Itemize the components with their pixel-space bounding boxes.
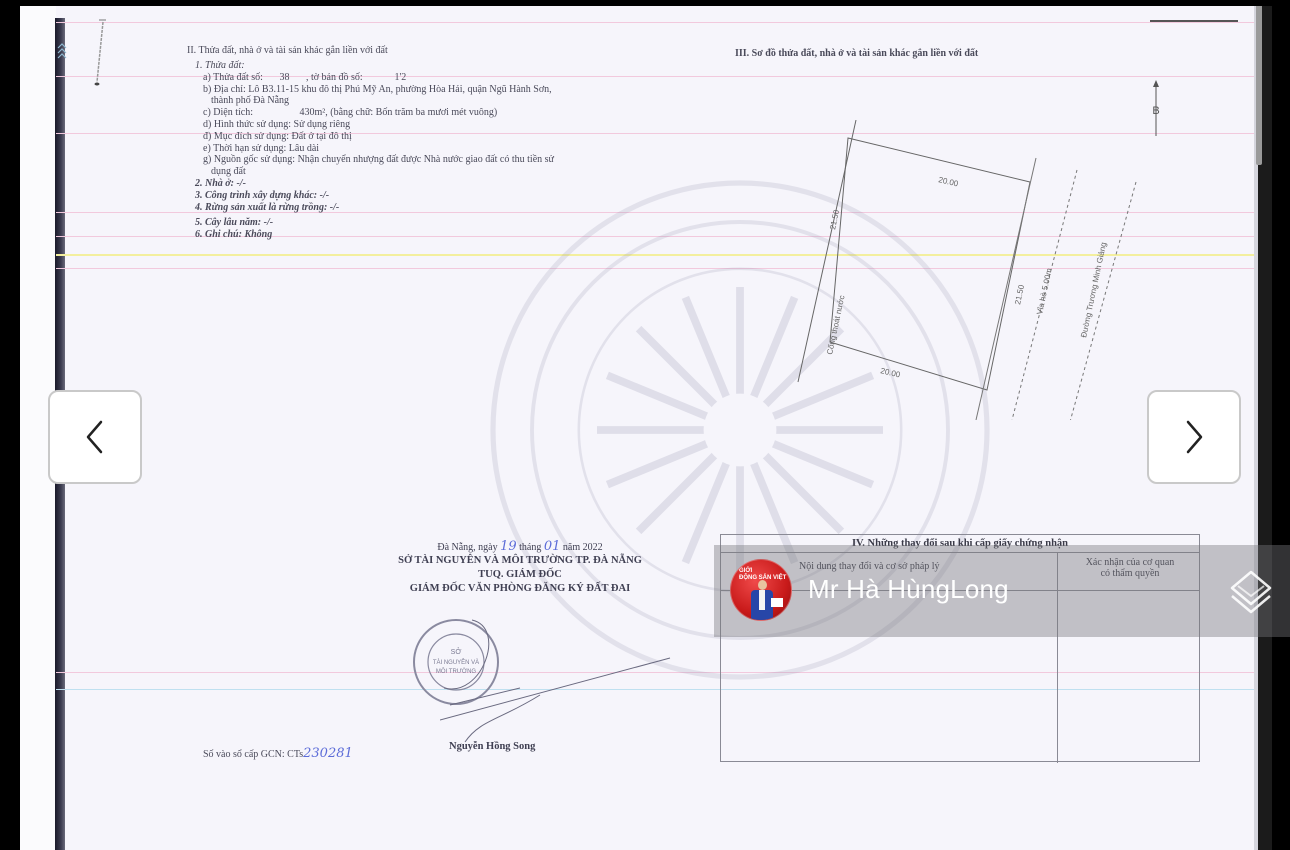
use-purpose: đ) Mục đích sử dụng: Đất ở tại đô thị [195,131,554,143]
area-row: c) Diện tích: 430m², (bằng chữ: Bốn trăm… [195,107,554,119]
gcn-registry: Số vào sổ cấp GCN: CTs230281 [203,746,353,761]
item-house: 2. Nhà ở: -/- [195,178,554,190]
origin-line-1: g) Nguồn gốc sử dụng: Nhận chuyển nhượng… [195,154,554,166]
use-form: d) Hình thức sử dụng: Sử dụng riêng [195,119,554,131]
signer-title: GIÁM ĐỐC VĂN PHÒNG ĐĂNG KÝ ĐẤT ĐAI [360,582,680,596]
chevron-left-icon [80,417,110,457]
item-other-construction: 3. Công trình xây dựng khác: -/- [195,190,554,202]
parcel-label: a) Thửa đất số: [203,72,263,83]
chevron-stack-icon [56,40,68,66]
author-name[interactable]: Mr Hà HùngLong [808,574,1009,605]
date-prefix: Đà Nẵng, ngày [437,542,497,553]
parcel-row: a) Thửa đất số: 38 , tờ bản đồ số: 1'2 [195,72,554,84]
origin-line-2: dụng đất [195,166,554,178]
month-label: tháng [519,542,541,553]
avatar-certificate [771,598,783,607]
address-line-1: b) Địa chỉ: Lô B3.11-15 khu đô thị Phú M… [195,84,554,96]
authorization: TUQ. GIÁM ĐỐC [360,568,680,582]
svg-text:21.50: 21.50 [828,208,841,230]
area-label: c) Diện tích: [203,107,297,119]
area-value: 430m², (bằng chữ: Bốn trăm ba mươi mét v… [300,107,498,118]
pen-mark [93,18,107,88]
sign-day: 19 [500,539,517,554]
svg-text:Đường Trương Minh Giảng: Đường Trương Minh Giảng [1079,241,1108,338]
svg-text:20.00: 20.00 [880,366,902,379]
layers-icon[interactable] [1226,566,1276,618]
land-sketch: 20.00 20.00 21.50 21.50 Cống thoát nước … [790,120,1190,420]
section-2-title: II. Thửa đất, nhà ở và tài sản khác gắn … [187,45,388,57]
signature-block: Đà Nẵng, ngày 19 tháng 01 năm 2022 SỞ TÀ… [360,540,680,596]
map-number: 1'2 [368,72,406,83]
land-details: 1. Thửa đất: a) Thửa đất số: 38 , tờ bản… [195,60,554,241]
land-heading: 1. Thửa đất: [195,60,554,72]
year-label: năm 2022 [563,542,603,553]
avatar-banner-line1: GIỚI [739,568,786,575]
svg-text:B: B [1152,105,1159,117]
avatar-head [758,580,767,590]
author-avatar[interactable]: GIỚI ĐỘNG SẢN VIỆT [730,559,792,621]
page-left-edge [0,0,20,850]
item-forest: 4. Rừng sản xuất là rừng trồng: -/- [195,202,554,214]
item-perennial: 5. Cây lâu năm: -/- [195,217,554,229]
svg-text:21.50: 21.50 [1013,283,1026,305]
svg-text:Vỉa hè 5.00m: Vỉa hè 5.00m [1035,267,1054,315]
issuing-org: SỞ TÀI NGUYÊN VÀ MÔI TRƯỜNG TP. ĐÀ NẴNG [360,554,680,568]
item-note: 6. Ghi chú: Không [195,229,554,241]
next-image-button[interactable] [1147,390,1241,484]
avatar-shirt [759,590,765,610]
parcel-number: 38 [265,72,303,84]
previous-image-button[interactable] [48,390,142,484]
gcn-label: Số vào sổ cấp GCN: CTs [203,749,303,760]
scan-line [1150,20,1238,22]
address-line-2: thành phố Đà Nẵng [195,95,554,107]
top-edge [0,0,1290,6]
image-viewer: II. Thửa đất, nhà ở và tài sản khác gắn … [0,0,1290,850]
document-page: II. Thửa đất, nhà ở và tài sản khác gắn … [0,0,1272,850]
signer-name: Nguyễn Hồng Song [449,741,535,752]
map-label: , tờ bản đồ số: [306,72,366,84]
sign-month: 01 [544,539,561,554]
chevron-right-icon [1179,417,1209,457]
sign-date: Đà Nẵng, ngày 19 tháng 01 năm 2022 [360,540,680,554]
scan-line [56,22,1256,23]
signature-stroke [440,650,680,750]
author-bar[interactable]: GIỚI ĐỘNG SẢN VIỆT Mr Hà HùngLong [714,545,1290,637]
svg-text:20.00: 20.00 [938,175,960,188]
use-term: e) Thời hạn sử dụng: Lâu dài [195,143,554,155]
section-3-title: III. Sơ đồ thửa đất, nhà ở và tài sản kh… [735,48,978,60]
scrollbar-thumb[interactable] [1256,0,1262,165]
gcn-number: 230281 [303,746,353,761]
